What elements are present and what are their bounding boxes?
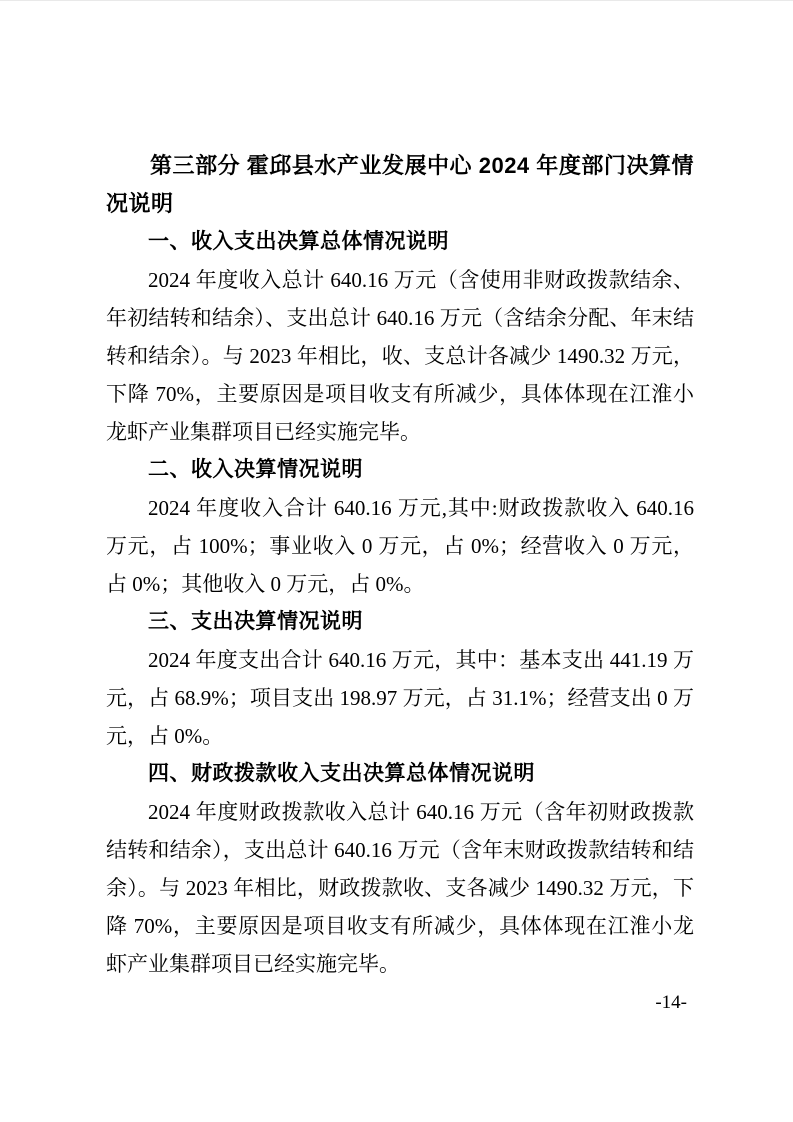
page-number: -14- xyxy=(655,992,687,1014)
section-3-heading: 三、支出决算情况说明 xyxy=(106,603,694,641)
document-page: 第三部分 霍邱县水产业发展中心 2024 年度部门决算情况说明 一、收入支出决算… xyxy=(0,0,793,1122)
section-1-heading: 一、收入支出决算总体情况说明 xyxy=(106,223,694,261)
section-3-paragraph: 2024 年度支出合计 640.16 万元，其中：基本支出 441.19 万元，… xyxy=(106,641,694,755)
section-2-paragraph: 2024 年度收入合计 640.16 万元,其中:财政拨款收入 640.16 万… xyxy=(106,489,694,603)
document-content: 第三部分 霍邱县水产业发展中心 2024 年度部门决算情况说明 一、收入支出决算… xyxy=(106,147,694,983)
section-income-expenditure-overview: 一、收入支出决算总体情况说明 2024 年度收入总计 640.16 万元（含使用… xyxy=(106,223,694,451)
section-4-paragraph: 2024 年度财政拨款收入总计 640.16 万元（含年初财政拨款结转和结余），… xyxy=(106,793,694,983)
section-4-heading: 四、财政拨款收入支出决算总体情况说明 xyxy=(106,755,694,793)
section-2-heading: 二、收入决算情况说明 xyxy=(106,451,694,489)
page-title: 第三部分 霍邱县水产业发展中心 2024 年度部门决算情况说明 xyxy=(106,147,694,223)
section-fiscal-appropriation-overview: 四、财政拨款收入支出决算总体情况说明 2024 年度财政拨款收入总计 640.1… xyxy=(106,755,694,983)
section-expenditure-statement: 三、支出决算情况说明 2024 年度支出合计 640.16 万元，其中：基本支出… xyxy=(106,603,694,755)
section-1-paragraph: 2024 年度收入总计 640.16 万元（含使用非财政拨款结余、年初结转和结余… xyxy=(106,261,694,451)
section-income-statement: 二、收入决算情况说明 2024 年度收入合计 640.16 万元,其中:财政拨款… xyxy=(106,451,694,603)
